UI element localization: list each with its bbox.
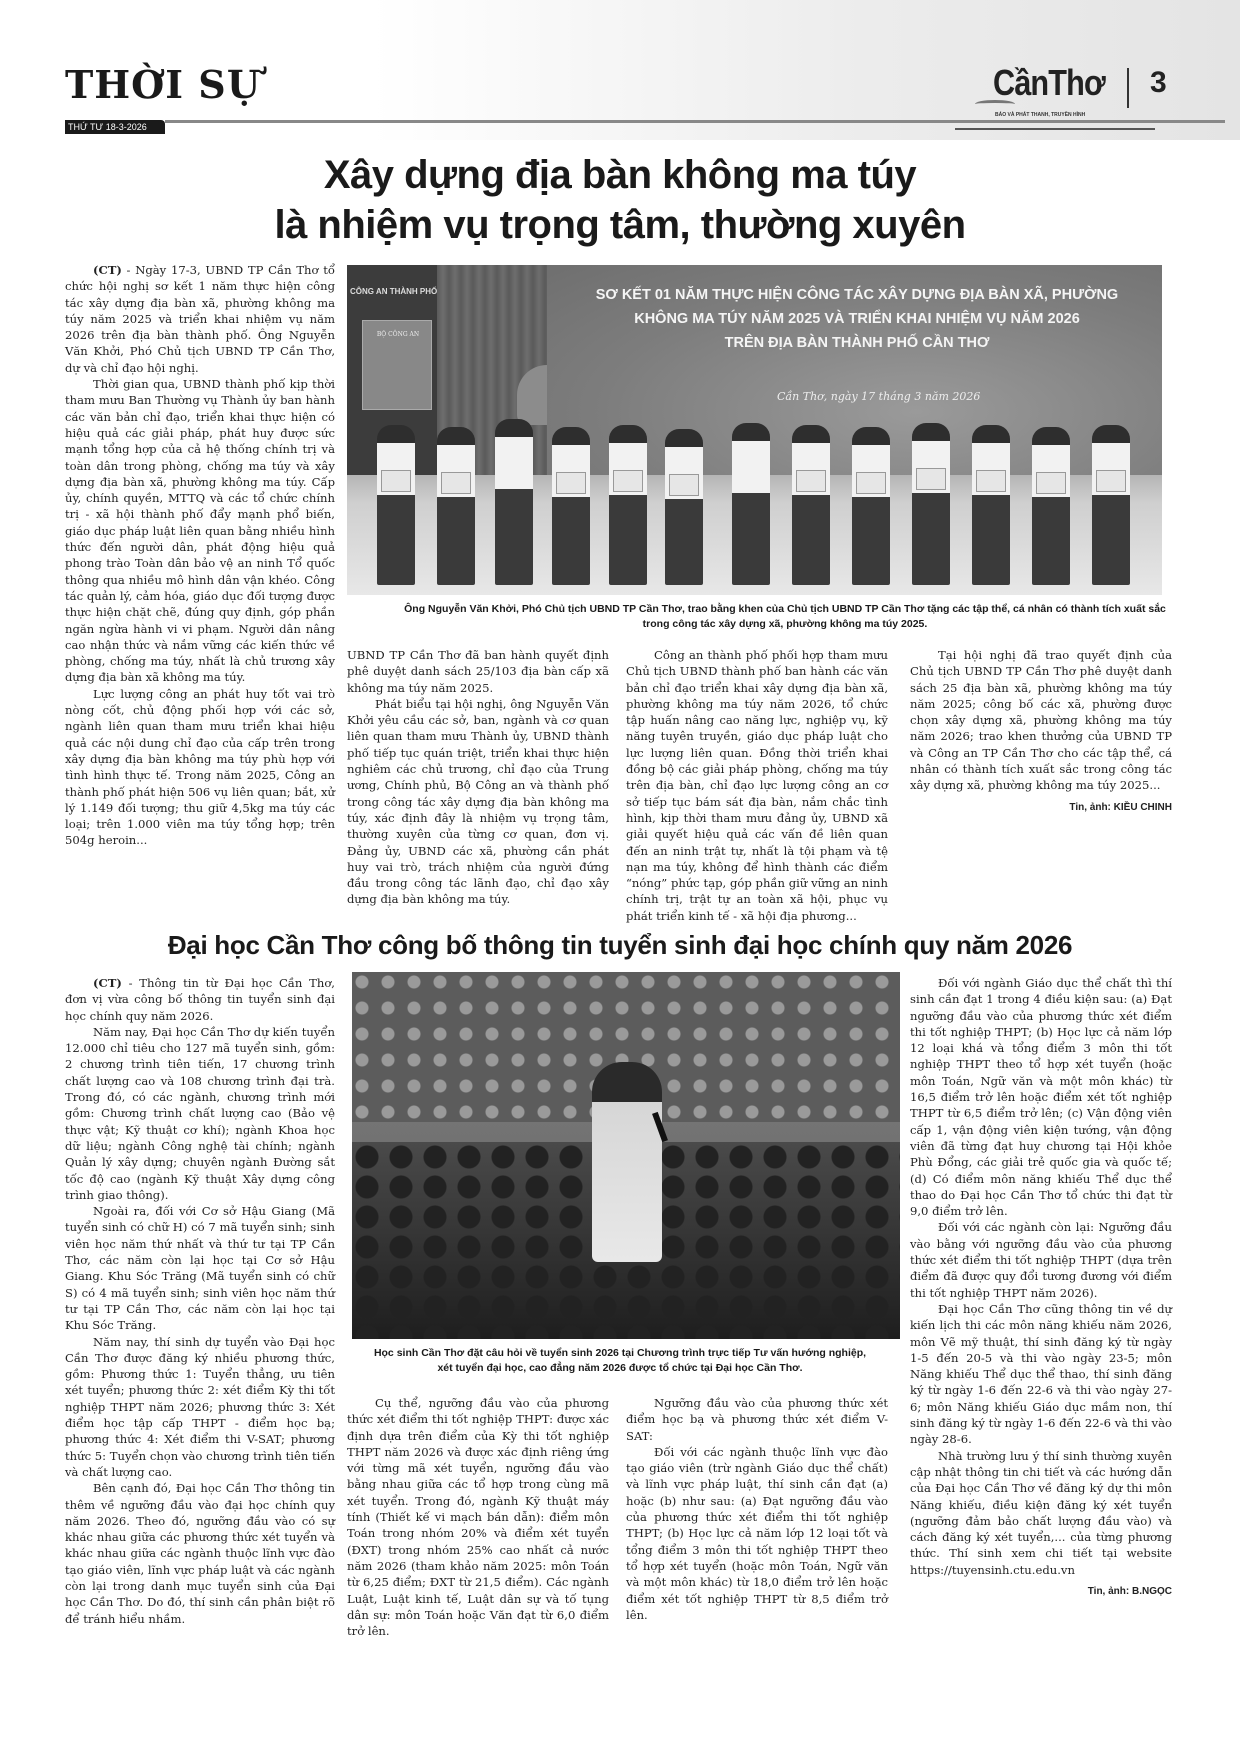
article2-lead-tag: (CT): [93, 976, 122, 990]
article2-paragraph-2: Năm nay, Đại học Cần Thơ dự kiến tuyển 1…: [65, 1024, 335, 1203]
certificate-icon: [441, 472, 471, 494]
person-figure: [495, 419, 533, 585]
newspaper-logo: CầnThơ BÁO VÀ PHÁT THANH, TRUYỀN HÌNH: [975, 62, 1125, 122]
article1-column-4: Tại hội nghị đã trao quyết định của Chủ …: [910, 647, 1172, 816]
caption-line-2: xét tuyển đại học, cao đẳng năm 2026 đượ…: [340, 1361, 900, 1376]
person-figure: [912, 423, 950, 585]
article2-paragraph-11: Đại học Cần Thơ cũng thông tin về dự kiế…: [910, 1301, 1172, 1448]
article2-photo: [352, 972, 900, 1339]
certificate-icon: [796, 470, 826, 492]
certificate-icon: [556, 472, 586, 494]
logo-subtitle: BÁO VÀ PHÁT THANH, TRUYỀN HÌNH: [995, 112, 1085, 118]
article2-paragraph-3: Ngoài ra, đối với Cơ sở Hậu Giang (Mã tu…: [65, 1203, 335, 1333]
caption-line-1: Ông Nguyễn Văn Khởi, Phó Chủ tịch UBND T…: [340, 602, 1230, 617]
person-figure: [552, 427, 590, 585]
person-figure: [377, 425, 415, 585]
person-figure: [609, 425, 647, 585]
article2-paragraph-5: Bên cạnh đó, Đại học Cần Thơ thông tin t…: [65, 1480, 335, 1627]
article2-column-2: Cụ thể, ngưỡng đầu vào của phương thức x…: [347, 1395, 609, 1639]
person-figure: [852, 427, 890, 585]
article1-photo-caption: Ông Nguyễn Văn Khởi, Phó Chủ tịch UBND T…: [340, 602, 1230, 632]
article1-column-3: Công an thành phố phối hợp tham mưu Chủ …: [626, 647, 888, 924]
article1-photo: CÔNG AN THÀNH PHỐ CẦN THƠ BỘ CÔNG AN SƠ …: [347, 265, 1162, 595]
caption-line-2: trong công tác xây dựng xã, phường không…: [340, 617, 1230, 632]
article2-paragraph-10: Đối với các ngành còn lại: Ngưỡng đầu và…: [910, 1219, 1172, 1300]
certificate-icon: [916, 468, 946, 490]
article1-lead-tag: (CT): [93, 263, 122, 277]
person-figure: [792, 425, 830, 585]
award-flag-icon: BỘ CÔNG AN: [362, 320, 432, 410]
stage-screen-text: SƠ KẾT 01 NĂM THỰC HIỆN CÔNG TÁC XÂY DỰN…: [557, 283, 1157, 355]
page-number: 3: [1150, 66, 1167, 100]
certificate-icon: [613, 470, 643, 492]
article2-paragraph-8: Đối với các ngành thuộc lĩnh vực đào tạo…: [626, 1444, 888, 1623]
certificate-icon: [856, 472, 886, 494]
article2-paragraph-12: Nhà trường lưu ý thí sinh thường xuyên c…: [910, 1448, 1172, 1578]
article1-paragraph-7: Tại hội nghị đã trao quyết định của Chủ …: [910, 647, 1172, 794]
article1-paragraph-3: Lực lượng công an phát huy tốt vai trò n…: [65, 686, 335, 849]
article1-column-1: (CT) - Ngày 17-3, UBND TP Cần Thơ tổ chứ…: [65, 262, 335, 849]
photo-people-row: [347, 415, 1162, 595]
logo-divider: [1127, 68, 1129, 108]
article2-column-3: Ngưỡng đầu vào của phương thức xét điểm …: [626, 1395, 888, 1623]
screen-place-date: Cần Thơ, ngày 17 tháng 3 năm 2026: [777, 390, 980, 403]
certificate-icon: [1096, 470, 1126, 492]
flag-text: BỘ CÔNG AN: [363, 331, 433, 338]
caption-line-1: Học sinh Cần Thơ đặt câu hỏi về tuyển si…: [340, 1346, 900, 1361]
article1-headline: Xây dựng địa bàn không ma túy là nhiệm v…: [0, 150, 1240, 250]
article1-headline-line2: là nhiệm vụ trọng tâm, thường xuyên: [0, 200, 1240, 250]
person-figure: [972, 425, 1010, 585]
article2-paragraph-7: Ngưỡng đầu vào của phương thức xét điểm …: [626, 1395, 888, 1444]
certificate-icon: [976, 470, 1006, 492]
person-figure: [1032, 427, 1070, 585]
person-figure: [732, 423, 770, 585]
article1-paragraph-6: Công an thành phố phối hợp tham mưu Chủ …: [626, 647, 888, 924]
student-speaking-figure: [592, 1062, 662, 1262]
article2-column-4: Đối với ngành Giáo dục thể chất thì thí …: [910, 975, 1172, 1600]
screen-line-1: SƠ KẾT 01 NĂM THỰC HIỆN CÔNG TÁC XÂY DỰN…: [557, 283, 1157, 307]
article1-byline: Tin, ảnh: KIỀU CHINH: [910, 800, 1172, 816]
article1-paragraph-5: Phát biểu tại hội nghị, ông Nguyễn Văn K…: [347, 696, 609, 908]
article2-byline: Tin, ảnh: B.NGỌC: [910, 1584, 1172, 1600]
certificate-icon: [669, 474, 699, 496]
article2-paragraph-6: Cụ thể, ngưỡng đầu vào của phương thức x…: [347, 1395, 609, 1639]
screen-line-3: TRÊN ĐỊA BÀN THÀNH PHỐ CẦN THƠ: [557, 331, 1157, 355]
person-figure: [665, 429, 703, 585]
logo-text: CầnThơ: [993, 62, 1105, 104]
person-figure: [1092, 425, 1130, 585]
article2-column-1: (CT) - Thông tin từ Đại học Cần Thơ, đơn…: [65, 975, 335, 1627]
issue-date: THỨ TƯ 18-3-2026: [65, 120, 165, 134]
article1-paragraph-2: Thời gian qua, UBND thành phố kịp thời t…: [65, 376, 335, 686]
logo-underline: [955, 128, 1155, 130]
person-figure: [437, 427, 475, 585]
screen-line-2: KHÔNG MA TÚY NĂM 2025 VÀ TRIỂN KHAI NHIỆ…: [557, 307, 1157, 331]
section-title: THỜI SỰ: [65, 62, 261, 107]
article2-paragraph-9: Đối với ngành Giáo dục thể chất thì thí …: [910, 975, 1172, 1219]
article1-headline-line1: Xây dựng địa bàn không ma túy: [0, 150, 1240, 200]
article1-paragraph-4: UBND TP Cần Thơ đã ban hành quyết định p…: [347, 647, 609, 696]
article2-photo-caption: Học sinh Cần Thơ đặt câu hỏi về tuyển si…: [340, 1346, 900, 1376]
article2-headline: Đại học Cần Thơ công bố thông tin tuyển …: [0, 928, 1240, 962]
article1-column-2: UBND TP Cần Thơ đã ban hành quyết định p…: [347, 647, 609, 908]
certificate-icon: [381, 470, 411, 492]
certificate-icon: [1036, 472, 1066, 494]
article2-paragraph-4: Năm nay, thí sinh dự tuyển vào Đại học C…: [65, 1334, 335, 1481]
article1-paragraph-1: - Ngày 17-3, UBND TP Cần Thơ tổ chức hội…: [65, 263, 335, 375]
